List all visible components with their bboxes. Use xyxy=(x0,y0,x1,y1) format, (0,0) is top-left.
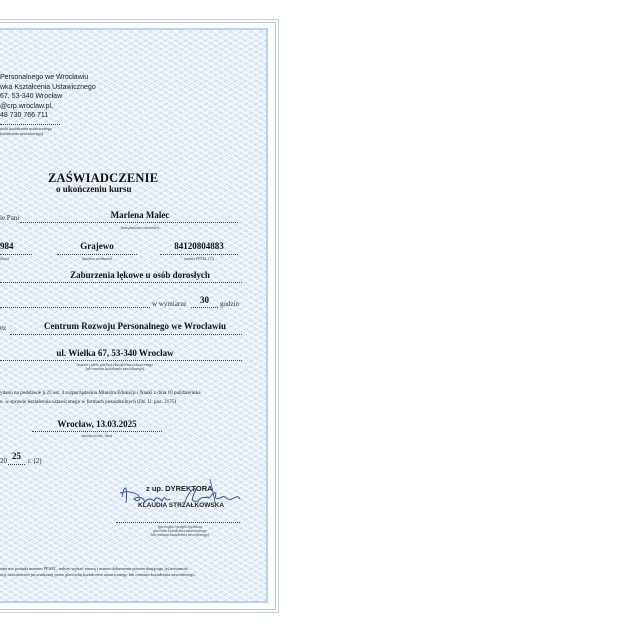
address-caption: (nazwa i adres placówki kształcenia usta… xyxy=(50,363,180,371)
organizer-prefix: ez xyxy=(0,324,6,332)
organizer-name: Centrum Rozwoju Personalnego we Wrocławi… xyxy=(30,321,240,331)
duration-prefix: w wymiarze xyxy=(152,300,186,308)
birth-place-caption: (miejsce urodzenia) xyxy=(57,257,137,261)
name-prefix: ie Pani xyxy=(0,214,19,222)
certificate-subtitle: o ukończeniu kursu xyxy=(56,184,132,194)
birth-place: Grajewo xyxy=(57,241,137,251)
footnotes: sina nie posiada numeru PESEL, należy wp… xyxy=(0,566,196,578)
legal-basis: ydano na podstawie § 23 ust. 4 rozporząd… xyxy=(0,389,201,406)
organizer-dotted-line xyxy=(10,334,242,335)
register-year: 25 xyxy=(8,451,25,461)
signature-caption-line: lub centrum kształcenia zawodowego) xyxy=(130,533,230,537)
address-caption-line: lub centrum kształcenia zawodowego) xyxy=(50,367,180,371)
handwritten-signature xyxy=(114,477,244,513)
birth-date: 984 xyxy=(0,241,14,251)
stamp-caption: ówki kształcenia ustawicznego kształceni… xyxy=(0,126,52,136)
hours-dotted-line xyxy=(191,307,218,308)
pesel-number: 84120804883 xyxy=(160,241,238,251)
organizer-address: ul. Wielka 67, 53-340 Wrocław xyxy=(40,348,190,358)
legal-basis-line: ydano na podstawie § 23 ust. 4 rozporząd… xyxy=(0,389,201,398)
certificate-page: Personalnego we Wrocławiu wka Kształceni… xyxy=(0,0,320,640)
institution-line: 48 730 766 711 xyxy=(0,111,96,121)
footnote: acji zaświadczeń prowadzonej przez placó… xyxy=(0,572,196,578)
birth-date-caption: (data) xyxy=(0,257,9,261)
institution-line: @crp.wroclaw.pl, xyxy=(0,102,96,112)
institution-line: wka Kształcenia Ustawicznego xyxy=(0,83,96,93)
pesel-caption: (numer PESEL (1)) xyxy=(160,257,238,261)
duration-hours: 30 xyxy=(191,295,218,305)
register-dotted-line xyxy=(8,464,25,465)
register-prefix: 20 xyxy=(0,457,7,465)
register-suffix: r. (2) xyxy=(28,457,42,465)
duration-suffix: godzin xyxy=(220,300,239,308)
name-dotted-line xyxy=(20,222,238,223)
signature-dotted-line xyxy=(116,522,240,523)
participant-name: Marlena Malec xyxy=(70,210,210,220)
course-name: Zaburzenia lękowe u osób dorosłych xyxy=(40,270,240,280)
signature-caption: (pieczątka i podpis dyrektora placówki k… xyxy=(130,525,230,537)
place-date-caption: (miejscowość, data) xyxy=(32,434,162,438)
birth-place-dotted-line xyxy=(57,254,137,255)
duration-dotted-line xyxy=(0,307,150,308)
place-date-dotted-line xyxy=(32,431,162,432)
participant-name-caption: (imię/imiona i nazwisko) xyxy=(100,226,180,230)
institution-line: 67, 53-340 Wrocław xyxy=(0,92,96,102)
place-date: Wrocław, 13.03.2025 xyxy=(32,419,162,429)
legal-basis-line: n. w sprawie kształcenia ustawicznego w … xyxy=(0,398,201,407)
address-dotted-line xyxy=(0,360,242,361)
stamp-dotted-line xyxy=(0,124,60,125)
institution-line: Personalnego we Wrocławiu xyxy=(0,73,96,83)
stamp-caption-line: kształcenia zawodowego) xyxy=(0,131,52,136)
institution-stamp: Personalnego we Wrocławiu wka Kształceni… xyxy=(0,73,96,121)
course-name-dotted-line xyxy=(0,282,242,283)
pesel-dotted-line xyxy=(160,254,238,255)
birth-date-dotted-line xyxy=(0,254,32,255)
